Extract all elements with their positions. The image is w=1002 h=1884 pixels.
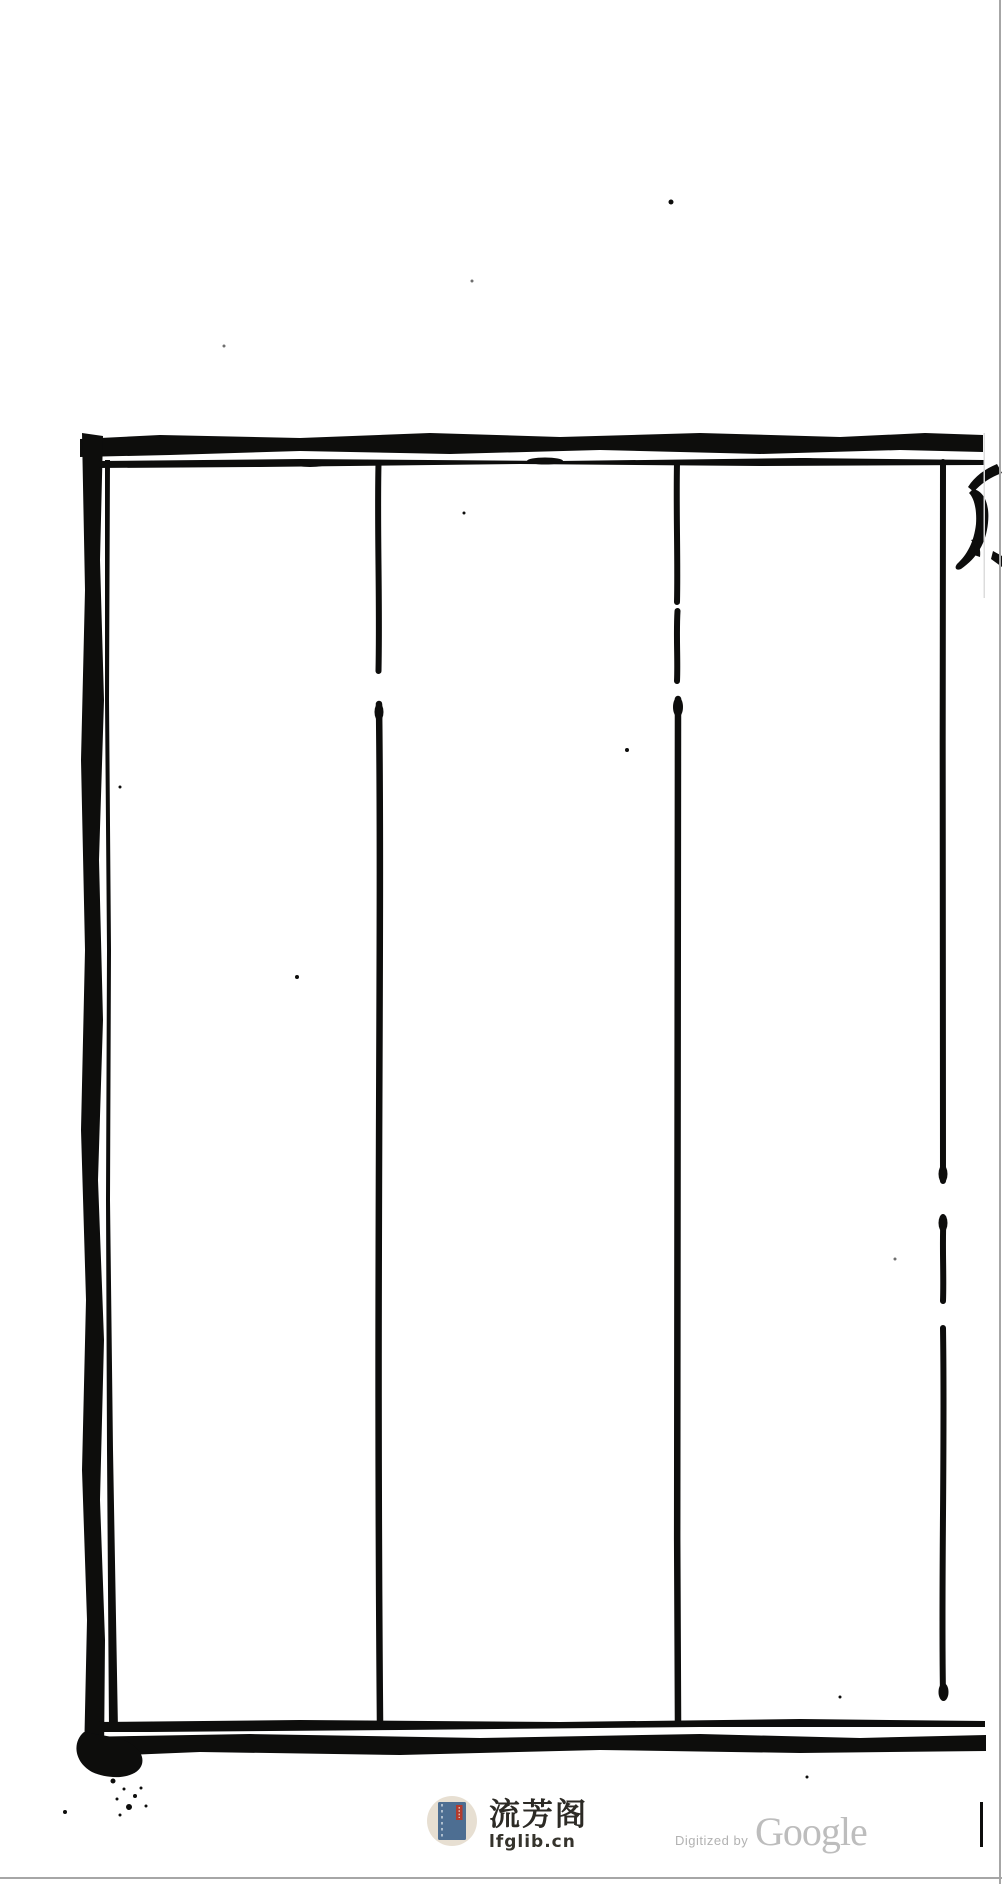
digitized-by-label: Digitized by: [675, 1833, 748, 1848]
ink-speck: [894, 1258, 897, 1261]
ink-speck: [126, 1804, 132, 1810]
partial-character: [956, 464, 1002, 570]
lfglib-watermark: 流芳阁 lfglib.cn: [426, 1795, 588, 1851]
column-line-bulge: [939, 1165, 948, 1183]
outer-border: [76, 433, 986, 1777]
digitized-by-credit: Digitized by Google: [675, 1810, 995, 1870]
book-icon: [426, 1795, 478, 1847]
column-line-2-upper: [677, 463, 678, 602]
ink-speck: [140, 1787, 143, 1790]
scan-edge-right: [999, 0, 1001, 1884]
ink-speck: [223, 345, 226, 348]
column-line-2-middle: [677, 611, 678, 681]
ink-speck: [471, 280, 474, 283]
inner-border-thickening: [527, 458, 563, 465]
inner-border-thickening: [791, 458, 819, 464]
ink-speck: [63, 1810, 67, 1814]
column-line-1-upper: [378, 464, 379, 671]
ink-speck: [806, 1776, 809, 1779]
ink-speck: [669, 200, 674, 205]
watermark-domain: lfglib.cn: [489, 1834, 588, 1851]
ink-speck: [133, 1794, 137, 1798]
ink-speck: [119, 1814, 122, 1817]
column-line-3-upper: [942, 462, 943, 1181]
column-line-2-lower: [677, 699, 679, 1721]
ink-speck: [295, 975, 299, 979]
outer-border-bottom: [80, 1734, 986, 1757]
watermark-site-name: 流芳阁: [489, 1800, 588, 1831]
outer-border-left: [81, 433, 105, 1757]
google-logo: Google: [755, 1812, 867, 1852]
woodblock-frame-graphic: [0, 0, 1002, 1884]
column-line-bulge: [673, 697, 683, 717]
column-line-bulge: [375, 703, 384, 721]
character-stroke-left-sweep: [956, 489, 989, 570]
scan-edge-bottom: [0, 1877, 1002, 1879]
ink-speck: [123, 1788, 126, 1791]
ink-speck: [839, 1696, 842, 1699]
ink-speck: [145, 1805, 148, 1808]
inner-border-thickening: [294, 461, 326, 467]
inner-border: [97, 458, 985, 1733]
ink-speck: [119, 786, 122, 789]
column-line-bulge: [939, 1214, 948, 1232]
ink-speck: [463, 512, 466, 515]
scanned-book-page: 流芳阁 lfglib.cn Digitized by Google: [0, 0, 1002, 1884]
ink-speck: [625, 748, 629, 752]
column-line-bulge: [939, 1683, 949, 1701]
column-lines: [375, 462, 949, 1721]
ink-speck: [116, 1798, 119, 1801]
page-edge-crease: [984, 433, 986, 598]
column-line-3-lower: [942, 1328, 943, 1695]
column-line-1-lower: [379, 704, 380, 1721]
ink-speck: [111, 1779, 116, 1784]
inner-border-bottom: [97, 1719, 985, 1732]
watermark-text: 流芳阁 lfglib.cn: [489, 1795, 588, 1851]
outer-border-top: [80, 433, 983, 457]
inner-border-left: [105, 460, 118, 1730]
